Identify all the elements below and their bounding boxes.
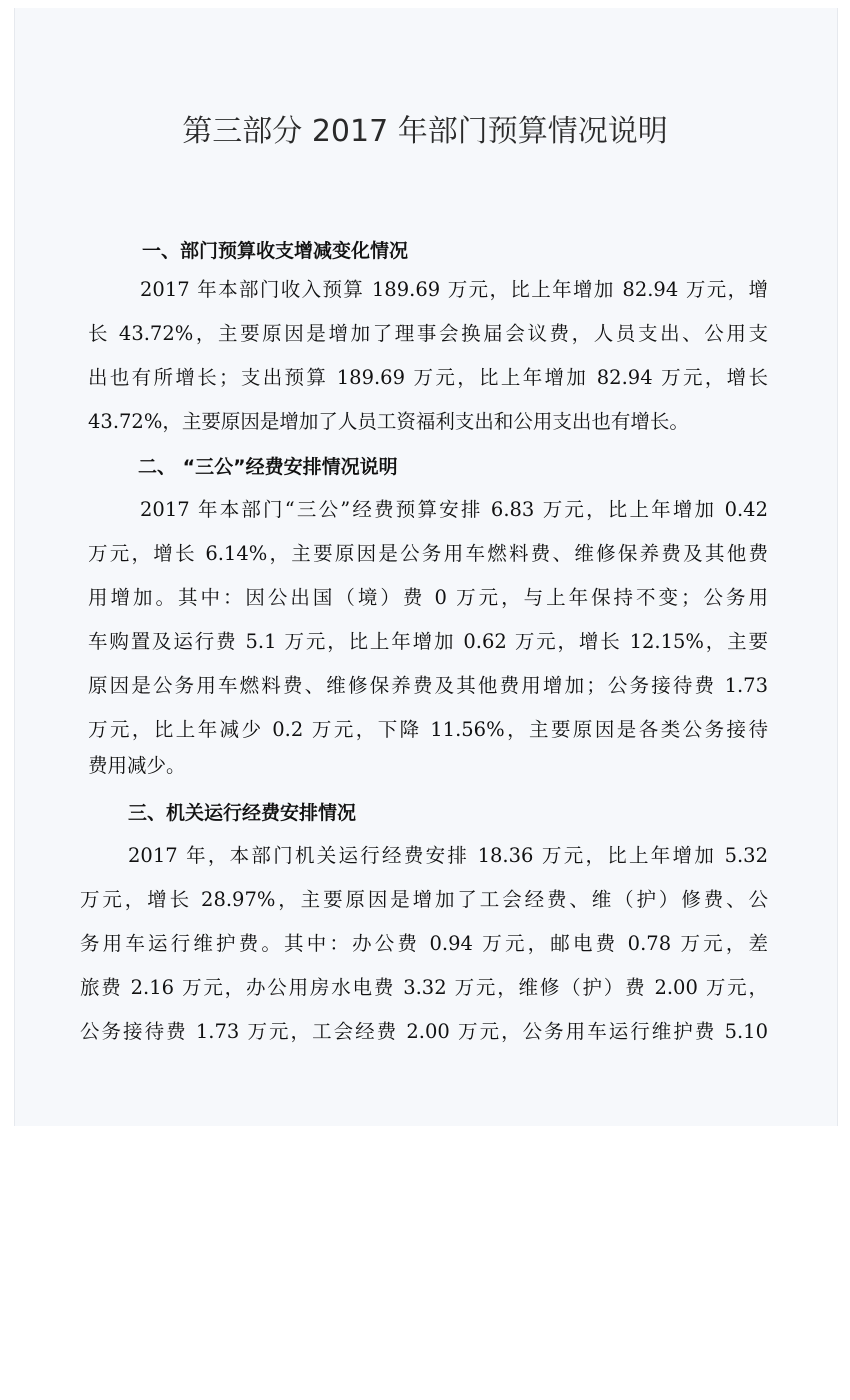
- paragraph-line: 出也有所增长；支出预算 189.69 万元，比上年增加 82.94 万元，增长: [88, 362, 768, 390]
- paragraph-line: 万元，比上年减少 0.2 万元，下降 11.56%，主要原因是各类公务接待: [88, 714, 768, 742]
- paragraph-line: 用增加。其中：因公出国（境）费 0 万元，与上年保持不变；公务用: [88, 582, 768, 610]
- paragraph-line: 车购置及运行费 5.1 万元，比上年增加 0.62 万元，增长 12.15%，主…: [88, 626, 768, 654]
- paragraph-line: 43.72%，主要原因是增加了人员工资福利支出和公用支出也有增长。: [88, 406, 768, 434]
- section-heading-operating-expenses: 三、机关运行经费安排情况: [128, 798, 356, 825]
- paragraph-line: 2017 年本部门收入预算 189.69 万元，比上年增加 82.94 万元，增: [140, 274, 768, 302]
- page-title: 第三部分 2017 年部门预算情况说明: [0, 106, 850, 150]
- paragraph-line: 原因是公务用车燃料费、维修保养费及其他费用增加；公务接待费 1.73: [88, 670, 768, 698]
- paragraph-line: 万元，增长 6.14%，主要原因是公务用车燃料费、维修保养费及其他费: [88, 538, 768, 566]
- section-heading-budget-changes: 一、部门预算收支增减变化情况: [142, 236, 408, 263]
- paragraph-line: 务用车运行维护费。其中：办公费 0.94 万元，邮电费 0.78 万元，差: [80, 928, 768, 956]
- paragraph-line: 2017 年本部门“三公”经费预算安排 6.83 万元，比上年增加 0.42: [140, 494, 768, 522]
- paragraph-line: 费用减少。: [88, 750, 768, 778]
- scanned-page: [14, 8, 838, 1126]
- section-heading-three-public-expenses: 二、 “三公”经费安排情况说明: [138, 452, 398, 479]
- paragraph-line: 万元，增长 28.97%，主要原因是增加了工会经费、维（护）修费、公: [80, 884, 768, 912]
- paragraph-line: 2017 年，本部门机关运行经费安排 18.36 万元，比上年增加 5.32: [128, 840, 768, 868]
- paragraph-line: 公务接待费 1.73 万元，工会经费 2.00 万元，公务用车运行维护费 5.1…: [80, 1016, 768, 1044]
- paragraph-line: 长 43.72%，主要原因是增加了理事会换届会议费，人员支出、公用支: [88, 318, 768, 346]
- paragraph-line: 旅费 2.16 万元，办公用房水电费 3.32 万元，维修（护）费 2.00 万…: [80, 972, 768, 1000]
